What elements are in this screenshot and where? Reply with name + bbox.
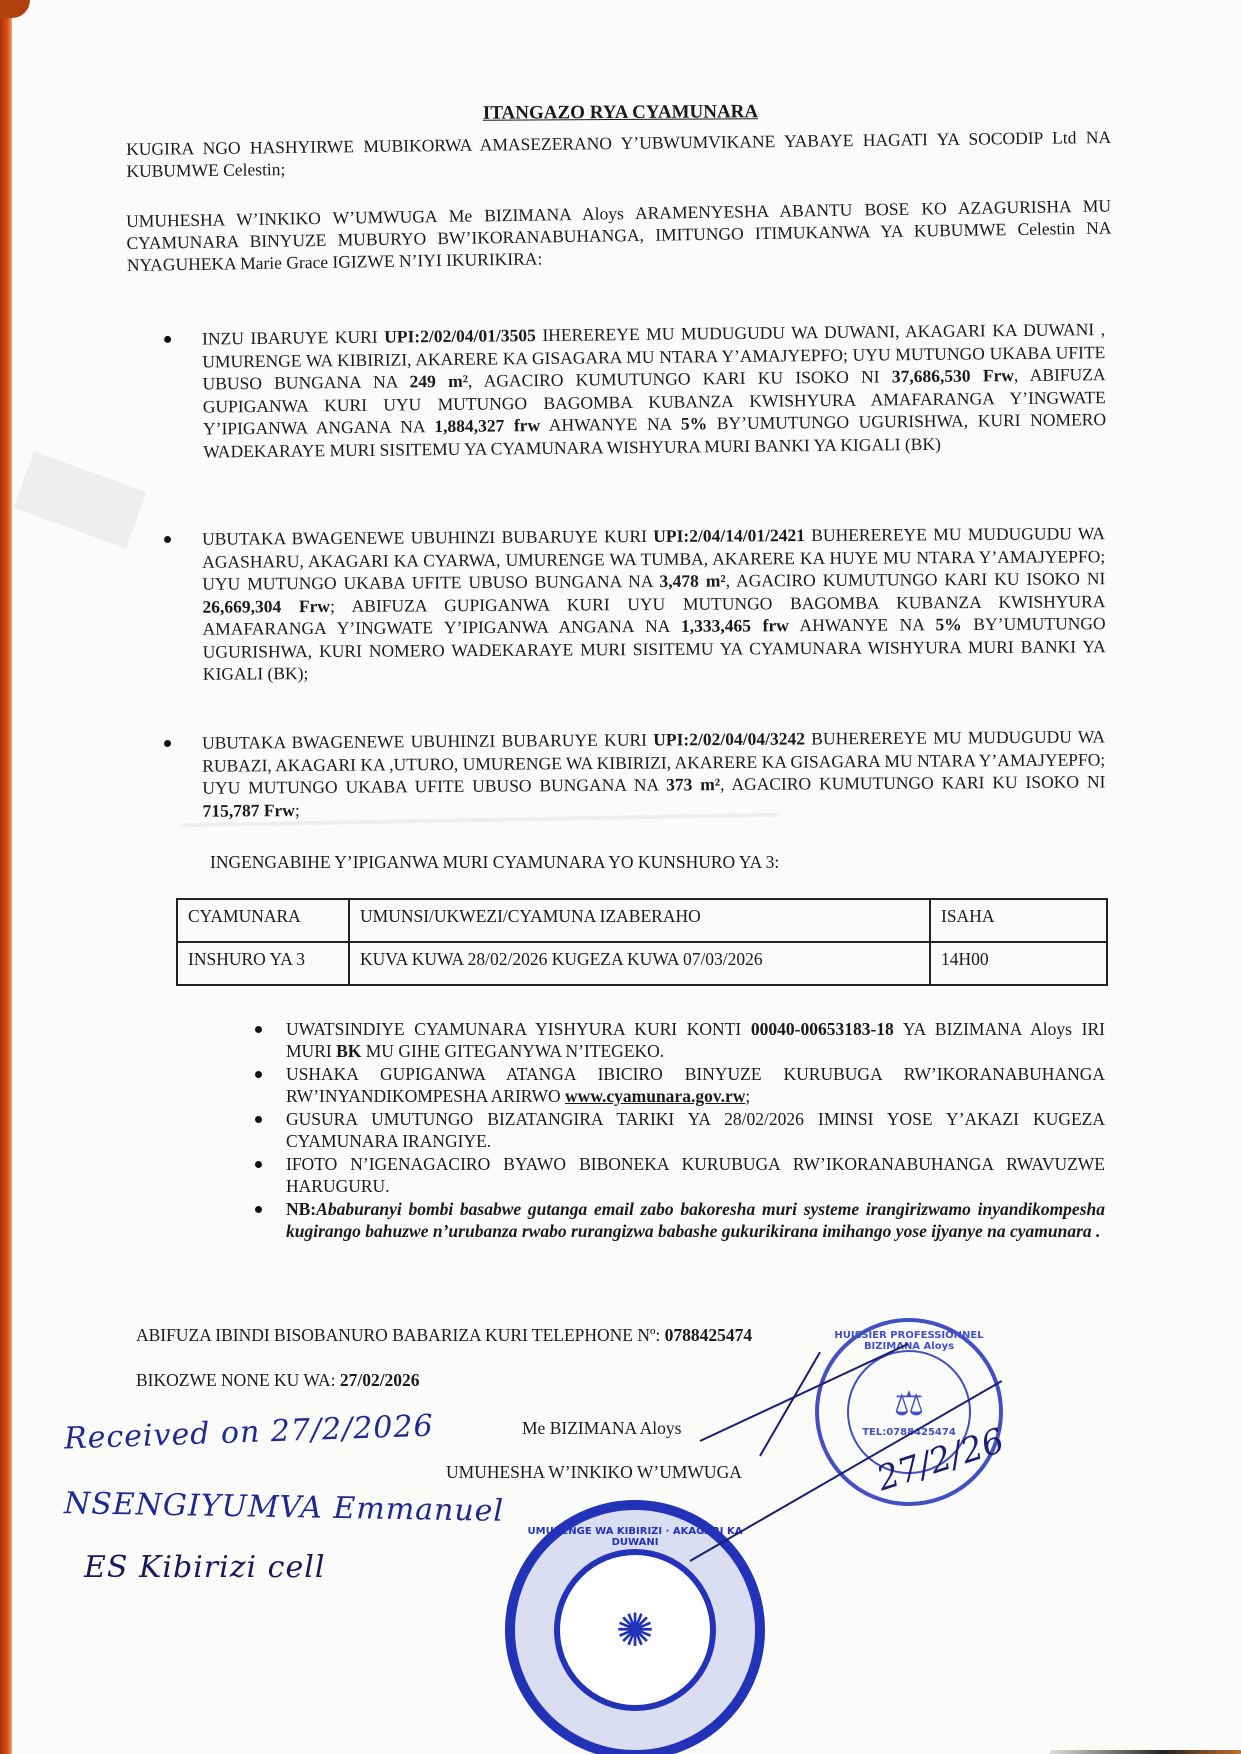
nb-label: NB: [286,1199,316,1219]
bullet-icon [255,1116,262,1123]
rwanda-emblem-icon: ✺ [616,1607,655,1653]
property-percent: 5% [935,614,961,634]
table-row: INSHURO YA 3 KUVA KUWA 28/02/2026 KUGEZA… [177,942,1107,985]
note-item: USHAKA GUPIGANWA ATANGA IBICIRO BINYUZE … [250,1063,1105,1107]
note-text: UWATSINDIYE CYAMUNARA YISHYURA KURI KONT… [286,1019,751,1039]
bullet-icon [255,1206,262,1213]
table-cell: KUVA KUWA 28/02/2026 KUGEZA KUWA 07/03/2… [349,942,930,985]
paper-edge-bottom [1050,1750,1241,1754]
handwritten-receiver-name: NSENGIYUMVA Emmanuel [64,1486,505,1529]
property-description: INZU IBARUYE KURI UPI:2/02/04/01/3505 IH… [202,318,1106,462]
intro-paragraph-1: KUGIRA NGO HASHYIRWE MUBIKORWA AMASEZERA… [126,126,1111,182]
handwritten-received-note: Received on 27/2/2026 [64,1409,435,1457]
paper-edge-left [0,0,12,1754]
bullet-icon [255,1026,262,1033]
notice-title: ITANGAZO RYA CYAMUNARA [0,99,1241,127]
bullet-icon [164,740,171,747]
stamp-inner-circle: ✺ [554,1549,716,1711]
property-item: UBUTAKA BWAGENEWE UBUHINZI BUBARUYE KURI… [160,725,1106,822]
property-prefix: INZU IBARUYE KURI [202,327,384,349]
contact-label: ABIFUZA IBINDI BISOBANURO BABARIZA KURI … [136,1325,665,1345]
property-item: UBUTAKA BWAGENEWE UBUHINZI BUBARUYE KURI… [160,522,1106,685]
note-text: GUSURA UMUTUNGO BIZATANGIRA TARIKI YA 28… [286,1109,1105,1151]
property-description: UBUTAKA BWAGENEWE UBUHINZI BUBARUYE KURI… [202,522,1106,685]
scanned-document-page: ITANGAZO RYA CYAMUNARA KUGIRA NGO HASHYI… [0,0,1241,1754]
property-text: ; [295,800,300,820]
property-prefix: UBUTAKA BWAGENEWE UBUHINZI BUBARUYE KURI [202,730,653,753]
signature-stroke [759,1352,821,1457]
property-deposit: 1,884,327 frw [434,415,540,436]
note-item: GUSURA UMUTUNGO BIZATANGIRA TARIKI YA 28… [250,1108,1105,1152]
handwritten-receiver-role: ES Kibirizi cell [84,1550,325,1585]
note-item: UWATSINDIYE CYAMUNARA YISHYURA KURI KONT… [250,1018,1105,1062]
dated-line: BIKOZWE NONE KU WA: 27/02/2026 [136,1370,420,1391]
bullet-icon [255,1161,262,1168]
table-header-row: CYAMUNARA UMUNSI/UKWEZI/CYAMUNA IZABERAH… [177,899,1107,942]
note-item: NB:Ababuranyi bombi basabwe gutanga emai… [250,1198,1105,1242]
bullet-icon [164,536,171,543]
contact-line: ABIFUZA IBINDI BISOBANURO BABARIZA KURI … [136,1325,752,1346]
property-upi: UPI:2/02/04/01/3505 [384,325,536,347]
notes-list: UWATSINDIYE CYAMUNARA YISHYURA KURI KONT… [250,1018,1105,1243]
paper-crease [13,451,146,548]
property-value: 37,686,530 Frw [892,365,1014,386]
property-text: AHWANYE NA [789,614,936,635]
contact-phone: 0788425474 [665,1325,753,1345]
property-description: UBUTAKA BWAGENEWE UBUHINZI BUBARUYE KURI… [202,725,1106,821]
bank-account-number: 00040-00653183-18 [751,1019,894,1039]
table-header-cell: CYAMUNARA [177,899,349,942]
scales-of-justice-icon: ⚖ [894,1387,924,1421]
stamp-ring-text: HUISSIER PROFESSIONNEL BIZIMANA Aloys [819,1330,999,1352]
table-header-cell: UMUNSI/UKWEZI/CYAMUNA IZABERAHO [349,899,930,942]
property-text: , AGACIRO KUMUTUNGO KARI KU ISOKO NI [726,568,1106,590]
table-cell: 14H00 [930,942,1107,985]
property-text: , AGACIRO KUMUTUNGO KARI KU ISOKO NI [468,366,892,390]
schedule-label: INGENGABIHE Y’IPIGANWA MURI CYAMUNARA YO… [210,852,779,873]
property-upi: UPI:2/04/14/01/2421 [653,525,805,546]
bullet-icon [255,1071,262,1078]
property-text: AHWANYE NA [540,414,681,435]
intro-paragraph-2: UMUHESHA W’INKIKO W’UMWUGA Me BIZIMANA A… [126,195,1112,276]
property-prefix: UBUTAKA BWAGENEWE UBUHINZI BUBARUYE KURI [202,526,653,549]
bullet-icon [164,336,171,343]
property-text: , AGACIRO KUMUTUNGO KARI KU ISOKO NI [720,771,1105,794]
table-cell: INSHURO YA 3 [177,942,349,985]
property-value: 26,669,304 Frw [202,595,330,616]
signer-title: UMUHESHA W’INKIKO W’UMWUGA [446,1462,742,1483]
note-text: IFOTO N’IGENAGACIRO BYAWO BIBONEKA KURUB… [286,1154,1105,1196]
auction-schedule-table: CYAMUNARA UMUNSI/UKWEZI/CYAMUNA IZABERAH… [176,898,1108,986]
property-item: INZU IBARUYE KURI UPI:2/02/04/01/3505 IH… [160,318,1106,463]
bank-name: BK [336,1041,361,1061]
property-value: 715,787 Frw [202,800,294,821]
dated-value: 27/02/2026 [340,1370,420,1390]
dated-label: BIKOZWE NONE KU WA: [136,1370,340,1390]
nb-text: Ababuranyi bombi basabwe gutanga email z… [286,1199,1105,1241]
property-area: 373 m² [666,774,720,794]
note-text: MU GIHE GITEGANYWA N’ITEGEKO. [361,1041,664,1061]
table-header-cell: ISAHA [930,899,1107,942]
property-deposit: 1,333,465 frw [681,615,789,636]
property-area: 3,478 m² [659,571,725,591]
property-area: 249 m² [410,371,469,392]
signer-name: Me BIZIMANA Aloys [522,1418,681,1439]
paper-edge-corner [0,0,30,18]
property-percent: 5% [681,413,707,433]
note-item: IFOTO N’IGENAGACIRO BYAWO BIBONEKA KURUB… [250,1153,1105,1197]
property-upi: UPI:2/02/04/04/3242 [653,728,805,749]
note-text: ; [745,1086,750,1106]
auction-website-link[interactable]: www.cyamunara.gov.rw [565,1086,745,1106]
